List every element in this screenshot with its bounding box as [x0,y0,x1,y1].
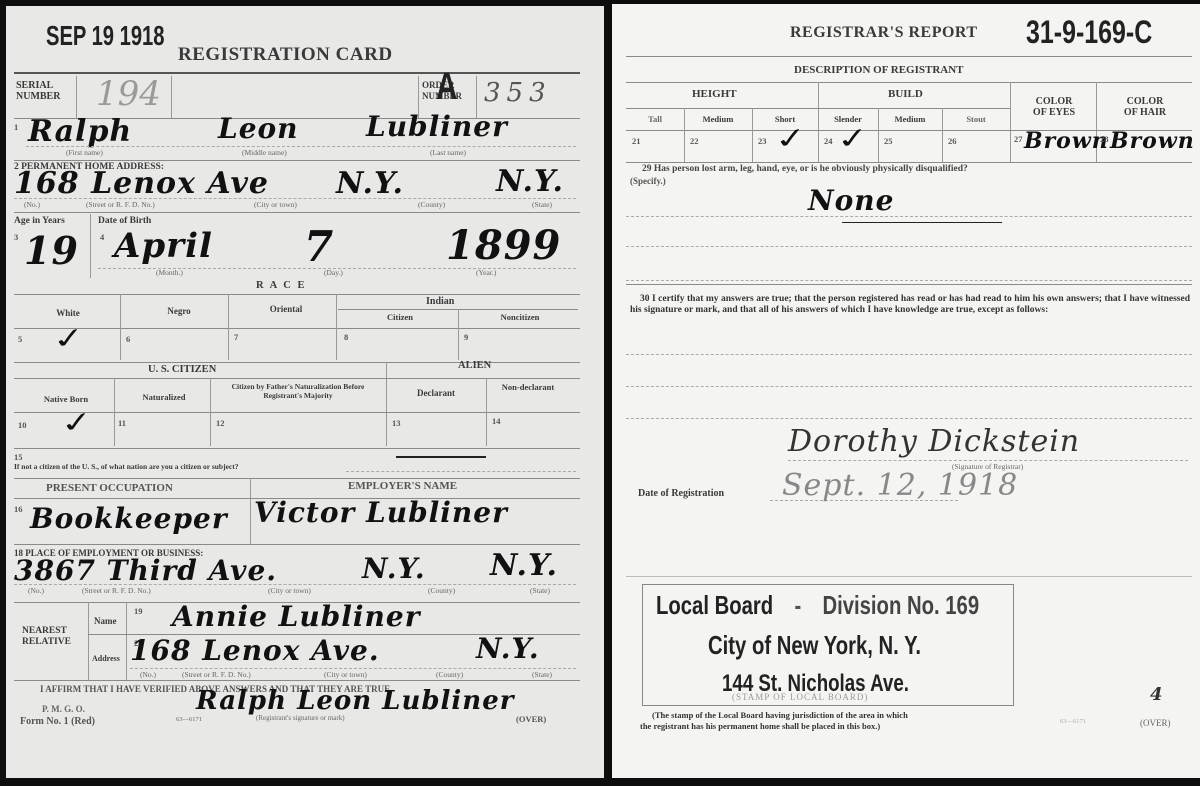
dob-month-value: April [114,226,213,266]
employer-label: EMPLOYER'S NAME [348,480,457,492]
employer-value: Victor Lubliner [254,496,508,529]
dob-label: Date of Birth [98,216,151,226]
age-label: Age in Years [14,216,65,226]
serial-number-value: 194 [96,74,161,114]
order-number-value: 353 [484,78,552,108]
page-mark: 4 [1150,684,1164,705]
date-of-registration-value: Sept. 12, 1918 [782,468,1018,503]
q30-certification: 30 I certify that my answers are true; t… [630,294,1190,316]
relative-city-value: N.Y. [476,632,540,665]
stamp-address-line: 144 St. Nicholas Ave. [722,670,909,698]
order-prefix-stamp: A [436,66,457,109]
nation-question: If not a citizen of the U. S., of what n… [14,462,239,471]
relative-address-value: 168 Lenox Ave. [130,634,380,667]
eye-color-value: Brown [1024,128,1109,154]
last-name-value: Lubliner [366,110,508,143]
employment-city-value: N.Y. [362,552,426,585]
serial-number-label: SERIAL NUMBER [16,80,60,102]
occupation-value: Bookkeeper [30,502,228,535]
hair-color-value: Brown [1110,128,1195,154]
date-received-stamp: SEP 19 1918 [46,20,164,52]
date-of-registration-label: Date of Registration [638,488,724,499]
occupation-label: PRESENT OCCUPATION [46,482,173,494]
employment-state-value: N.Y. [490,548,558,583]
registrant-signature: Ralph Leon Lubliner [196,686,514,716]
race-white-checkmark: ✓ [50,321,87,356]
age-value: 19 [24,228,79,273]
relative-name-value: Annie Lubliner [172,600,420,633]
description-title: DESCRIPTION OF REGISTRANT [794,64,964,76]
race-title: R A C E [256,280,306,291]
stamp-city-line: City of New York, N. Y. [708,630,921,661]
registrar-signature: Dorothy Dickstein [788,424,1080,459]
registrars-report-back: REGISTRAR'S REPORT 31-9-169-C DESCRIPTIO… [612,4,1200,778]
q29-question: 29 Has person lost arm, leg, hand, eye, … [642,164,968,174]
dob-day-value: 7 [304,222,334,271]
dob-year-value: 1899 [446,222,561,269]
home-address-city-value: N.Y. [336,166,404,201]
home-address-street-value: 168 Lenox Ave [14,166,269,201]
home-address-state-value: N.Y. [496,164,564,199]
report-stamp-number: 31-9-169-C [1026,14,1152,51]
us-citizen-title: U. S. CITIZEN [148,364,216,375]
employment-street-value: 3867 Third Ave. [14,554,277,587]
native-born-checkmark: ✓ [58,405,95,440]
height-short-checkmark: ✓ [772,121,809,156]
registration-card-front: SEP 19 1918 REGISTRATION CARD SERIAL NUM… [6,6,604,778]
nearest-relative-label: NEAREST RELATIVE [22,626,71,648]
card-title: REGISTRATION CARD [178,44,393,66]
alien-title: ALIEN [458,360,491,371]
build-slender-checkmark: ✓ [834,121,871,156]
first-name-value: Ralph [28,114,132,149]
middle-name-value: Leon [218,112,299,145]
report-title: REGISTRAR'S REPORT [790,24,978,42]
q29-answer: None [808,184,894,217]
form-number: Form No. 1 (Red) [20,716,95,727]
